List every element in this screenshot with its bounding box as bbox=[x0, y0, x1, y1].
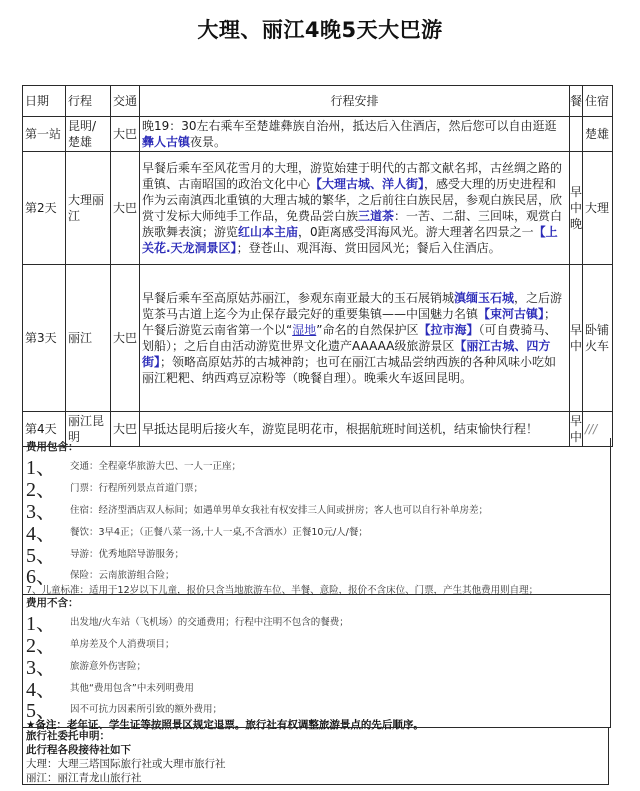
item-text: 住宿：经济型酒店双人标间；如遇单男单女我社有权安排三人间或拼房；客人也可以自行补… bbox=[70, 502, 488, 516]
row-transport: 大巴 bbox=[111, 152, 140, 265]
row-transport: 大巴 bbox=[111, 265, 140, 412]
list-item: 1、交通：全程豪华旅游大巴、一人一正座； bbox=[23, 454, 610, 476]
fees-included-section: 费用包含： 1、交通：全程豪华旅游大巴、一人一正座； 2、门票：行程所列景点首道… bbox=[22, 438, 611, 595]
arrangement-text: 夜景。 bbox=[190, 135, 226, 149]
row-lodging: 楚雄 bbox=[583, 117, 613, 152]
item-text: 旅游意外伤害险； bbox=[70, 658, 146, 672]
header-meal: 餐 bbox=[570, 86, 583, 117]
list-item: 6、保险：云南旅游组合险； bbox=[23, 564, 610, 584]
header-date: 日期 bbox=[23, 86, 66, 117]
list-item: 4、其他“费用包含”中未列明费用 bbox=[23, 676, 610, 698]
arrangement-text: ；登苍山、观洱海、赏田园风光；餐后入住酒店。 bbox=[237, 241, 501, 255]
highlight-spot: 三道茶 bbox=[358, 209, 394, 223]
list-item: 5、因不可抗力因素所引致的额外费用； bbox=[23, 698, 610, 718]
header-lodging: 住宿 bbox=[583, 86, 613, 117]
row-meal bbox=[570, 117, 583, 152]
wetland-link[interactable]: 湿地 bbox=[292, 323, 316, 337]
row-meal: 早中 bbox=[570, 265, 583, 412]
row-lodging: 大理 bbox=[583, 152, 613, 265]
agency-subheading: 此行程各段接待社如下 bbox=[26, 743, 605, 757]
itinerary-table: 日期 行程 交通 行程安排 餐 住宿 第一站 昆明/楚雄 大巴 晚19：30左右… bbox=[22, 85, 613, 447]
list-item: 2、单房差及个人消费项目； bbox=[23, 632, 610, 654]
list-item: 5、导游：优秀地陪导游服务； bbox=[23, 542, 610, 564]
arrangement-text: ；领略高原姑苏的古城神韵；也可在丽江古城品尝纳西族的各种风味小吃如丽江粑粑、纳西… bbox=[142, 355, 556, 385]
fees-included-heading: 费用包含： bbox=[23, 438, 610, 454]
table-header-row: 日期 行程 交通 行程安排 餐 住宿 bbox=[23, 86, 613, 117]
fees-excluded-heading: 费用不含： bbox=[23, 594, 610, 610]
item-text: 因不可抗力因素所引致的额外费用； bbox=[70, 701, 222, 715]
row-date: 第一站 bbox=[23, 117, 66, 152]
item-text: 餐饮：3早4正；（正餐八菜一汤,十人一桌,不含酒水）正餐10元/人/餐； bbox=[70, 524, 368, 538]
row-arrangement: 晚19：30左右乘车至楚雄彝族自治州，抵达后入住酒店，然后您可以自由逛逛彝人古镇… bbox=[140, 117, 570, 152]
item-text: 出发地/火车站（飞机场）的交通费用；行程中注明不包含的餐费； bbox=[70, 614, 349, 628]
arrangement-text: ，0距离感受洱海风光。游大理著名四景之一 bbox=[298, 225, 534, 239]
arrangement-text: 早餐后乘车至高原姑苏丽江，参观东南亚最大的玉石展销城 bbox=[142, 291, 454, 305]
row-date: 第3天 bbox=[23, 265, 66, 412]
arrangement-text: ”命名的自然保护区 bbox=[316, 323, 418, 337]
item-text: 交通：全程豪华旅游大巴、一人一正座； bbox=[70, 458, 241, 472]
row-route: 丽江 bbox=[66, 265, 111, 412]
agency-line-lijiang: 丽江：丽江青龙山旅行社 bbox=[26, 771, 605, 785]
highlight-spot: 【束河古镇】 bbox=[478, 307, 544, 321]
agency-statement-section: 旅行社委托申明： 此行程各段接待社如下 大理：大理三塔国际旅行社或大理市旅行社 … bbox=[22, 727, 609, 785]
table-row: 第2天 大理丽江 大巴 早餐后乘车至风花雪月的大理，游览始建于明代的古都文献名邦… bbox=[23, 152, 613, 265]
arrangement-text: 早抵达昆明后接火车，游览昆明花市，根据航班时间送机，结束愉快行程！ bbox=[142, 422, 538, 436]
item-text: 保险：云南旅游组合险； bbox=[70, 567, 175, 581]
row-lodging: 卧铺火车 bbox=[583, 265, 613, 412]
header-transport: 交通 bbox=[111, 86, 140, 117]
highlight-spot: 【拉市海】 bbox=[418, 323, 478, 337]
header-route: 行程 bbox=[66, 86, 111, 117]
fees-excluded-section: 费用不含： 1、出发地/火车站（飞机场）的交通费用；行程中注明不包含的餐费； 2… bbox=[22, 594, 611, 728]
row-transport: 大巴 bbox=[111, 117, 140, 152]
highlight-spot: 【大理古城、洋人街】 bbox=[310, 177, 424, 191]
list-item: 1、出发地/火车站（飞机场）的交通费用；行程中注明不包含的餐费； bbox=[23, 610, 610, 632]
agency-heading: 旅行社委托申明： bbox=[26, 729, 605, 743]
arrangement-text: 晚19：30左右乘车至楚雄彝族自治州，抵达后入住酒店，然后您可以自由逛逛 bbox=[142, 119, 557, 133]
page-title: 大理、丽江4晚5天大巴游 bbox=[0, 14, 640, 44]
row-date: 第2天 bbox=[23, 152, 66, 265]
agency-line-dali: 大理：大理三塔国际旅行社或大理市旅行社 bbox=[26, 757, 605, 771]
list-item: 3、旅游意外伤害险； bbox=[23, 654, 610, 676]
list-item: 2、门票：行程所列景点首道门票； bbox=[23, 476, 610, 498]
highlight-spot: 红山本主庙 bbox=[238, 225, 298, 239]
table-row: 第一站 昆明/楚雄 大巴 晚19：30左右乘车至楚雄彝族自治州，抵达后入住酒店，… bbox=[23, 117, 613, 152]
item-text: 门票：行程所列景点首道门票； bbox=[70, 480, 203, 494]
table-row: 第3天 丽江 大巴 早餐后乘车至高原姑苏丽江，参观东南亚最大的玉石展销城滇缅玉石… bbox=[23, 265, 613, 412]
row-route: 昆明/楚雄 bbox=[66, 117, 111, 152]
item-text: 导游：优秀地陪导游服务； bbox=[70, 546, 184, 560]
row-arrangement: 早餐后乘车至高原姑苏丽江，参观东南亚最大的玉石展销城滇缅玉石城，之后游览茶马古道… bbox=[140, 265, 570, 412]
list-item: 4、餐饮：3早4正；（正餐八菜一汤,十人一桌,不含酒水）正餐10元/人/餐； bbox=[23, 520, 610, 542]
row-arrangement: 早餐后乘车至风花雪月的大理，游览始建于明代的古都文献名邦，古丝绸之路的重镇、古南… bbox=[140, 152, 570, 265]
highlight-spot: 滇缅玉石城 bbox=[454, 291, 514, 305]
item-text: 其他“费用包含”中未列明费用 bbox=[70, 680, 194, 694]
item-text: 单房差及个人消费项目； bbox=[70, 636, 175, 650]
row-meal: 早中晚 bbox=[570, 152, 583, 265]
row-route: 大理丽江 bbox=[66, 152, 111, 265]
header-arrangement: 行程安排 bbox=[140, 86, 570, 117]
list-item: 3、住宿：经济型酒店双人标间；如遇单男单女我社有权安排三人间或拼房；客人也可以自… bbox=[23, 498, 610, 520]
highlight-spot: 彝人古镇 bbox=[142, 135, 190, 149]
